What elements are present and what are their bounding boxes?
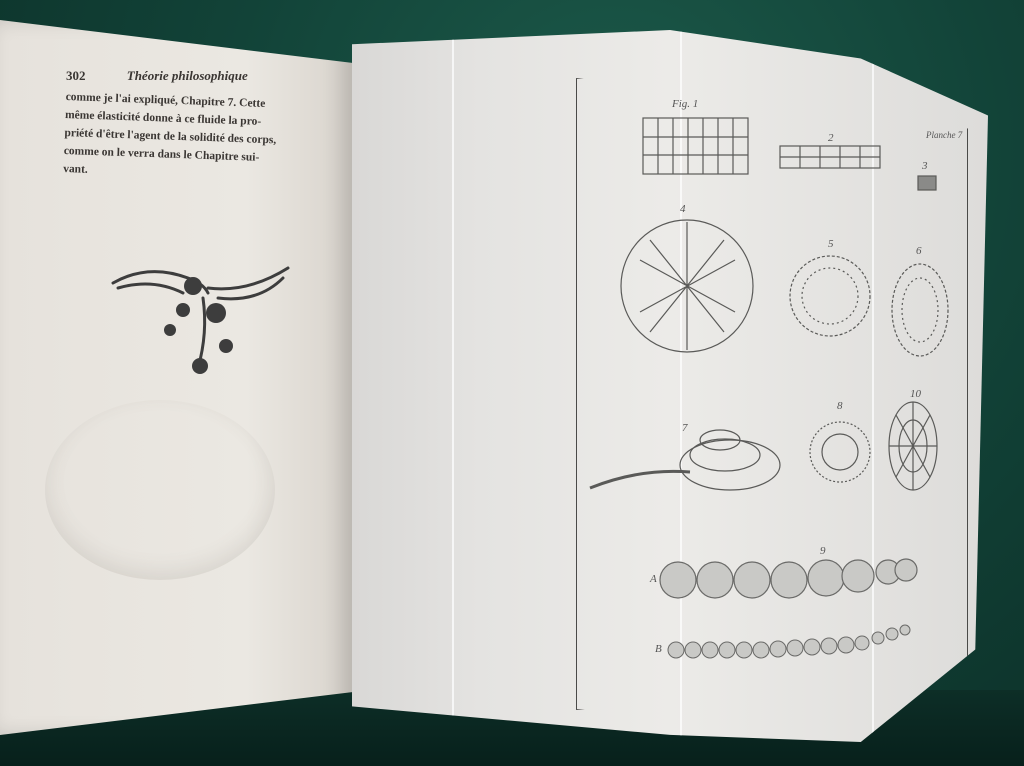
figure-label: 10 xyxy=(910,388,921,400)
figure-label: 9 xyxy=(820,545,826,557)
figure-label: 4 xyxy=(680,203,686,215)
figure-label: 7 xyxy=(682,422,688,434)
figure-label: 8 xyxy=(837,400,843,412)
engraved-figures xyxy=(0,0,1024,766)
figure-label: Fig. 1 xyxy=(672,98,698,110)
figure-label: 2 xyxy=(828,132,834,144)
figure-label: 6 xyxy=(916,245,922,257)
row-label: B xyxy=(655,643,662,655)
plate-label: Planche 7 xyxy=(926,130,962,140)
figure-label: 5 xyxy=(828,238,834,250)
row-label: A xyxy=(650,573,657,585)
figure-label: 3 xyxy=(922,160,928,172)
